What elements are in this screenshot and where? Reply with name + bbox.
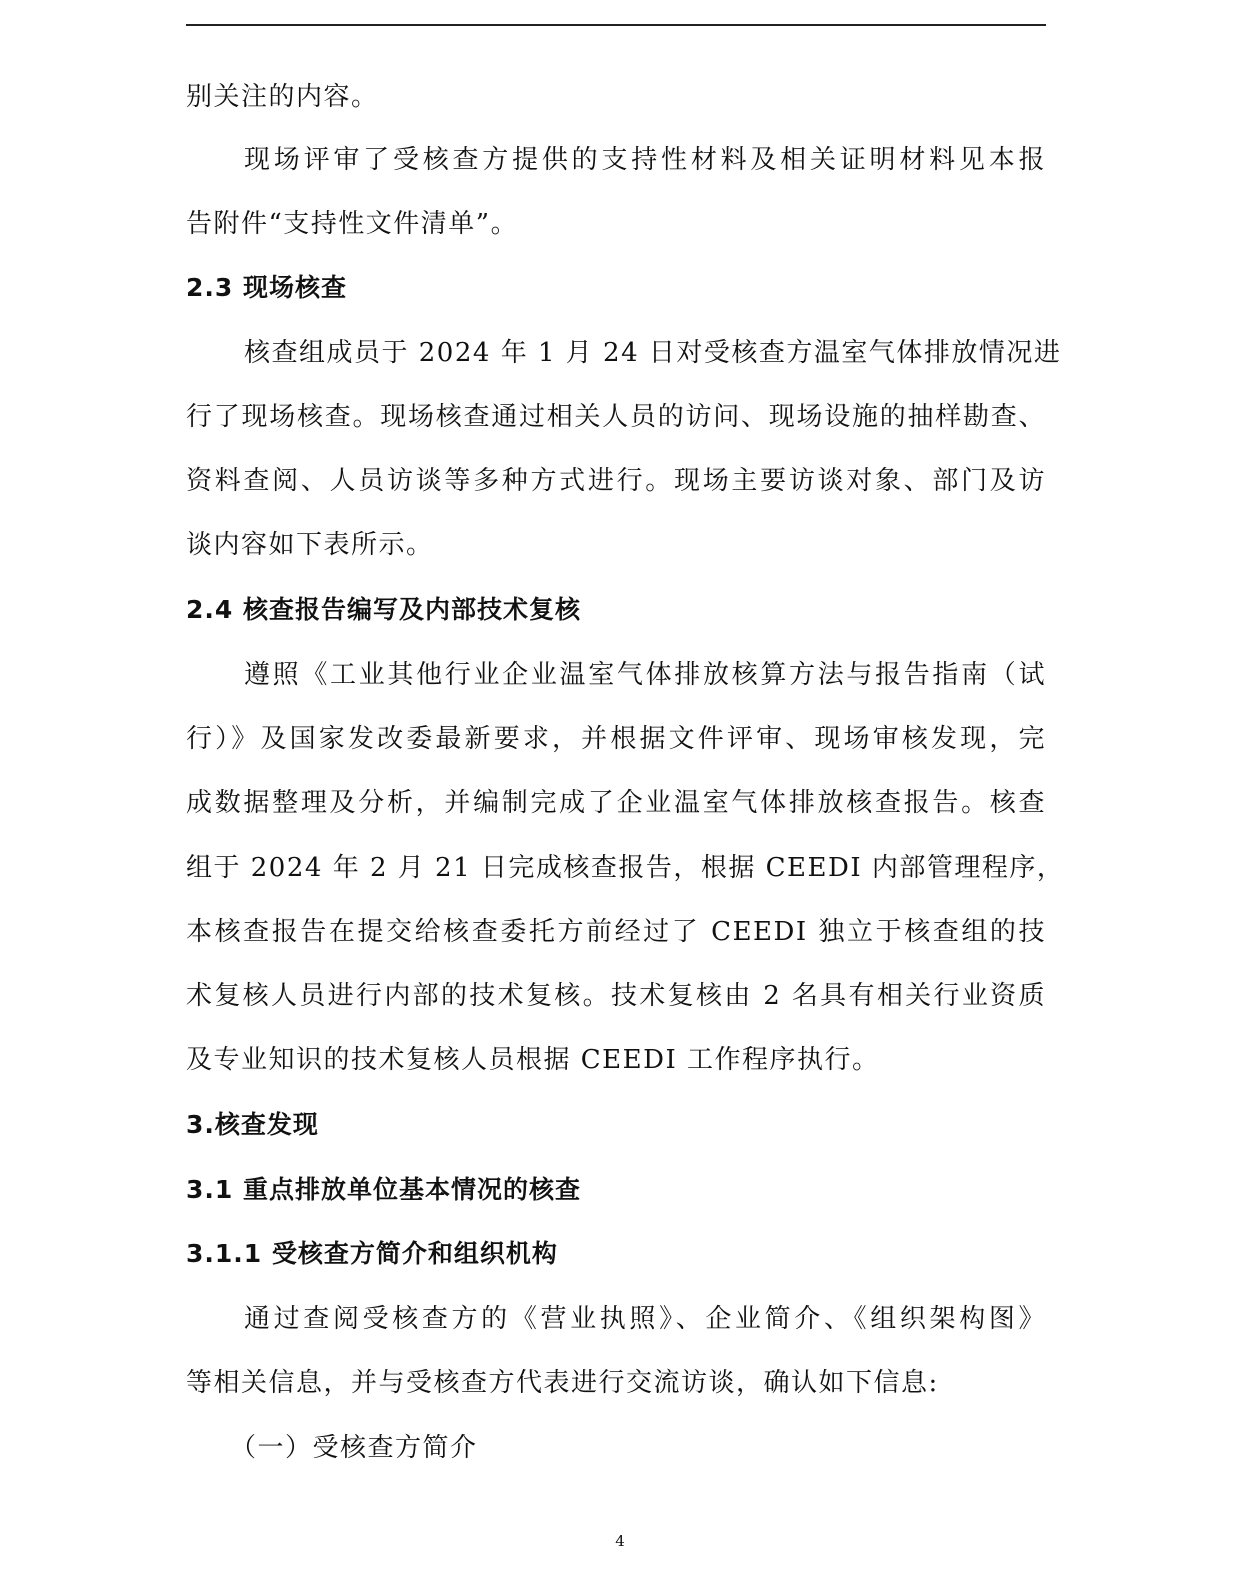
- paragraph-line: 及专业知识的技术复核人员根据 CEEDI 工作程序执行。: [186, 1043, 1046, 1077]
- section-heading-2-4: 2.4 核查报告编写及内部技术复核: [186, 593, 1046, 627]
- header-rule: [186, 24, 1046, 26]
- page-number: 4: [0, 1532, 1240, 1550]
- paragraph-line: 组于 2024 年 2 月 21 日完成核查报告，根据 CEEDI 内部管理程序…: [186, 851, 1046, 885]
- paragraph-line: 告附件“支持性文件清单”。: [186, 207, 1046, 241]
- paragraph-line: 通过查阅受核查方的《营业执照》、企业简介、《组织架构图》: [186, 1302, 1046, 1336]
- paragraph-line: 行了现场核查。现场核查通过相关人员的访问、现场设施的抽样勘查、: [186, 400, 1046, 434]
- paragraph-line: 本核查报告在提交给核查委托方前经过了 CEEDI 独立于核查组的技: [186, 915, 1046, 949]
- text-line: 别关注的内容。: [186, 80, 1046, 114]
- paragraph-line: 资料查阅、人员访谈等多种方式进行。现场主要访谈对象、部门及访: [186, 464, 1046, 498]
- paragraph-line: 成数据整理及分析，并编制完成了企业温室气体排放核查报告。核查: [186, 786, 1046, 820]
- paragraph-line: 行）》及国家发改委最新要求，并根据文件评审、现场审核发现，完: [186, 722, 1046, 756]
- section-heading-3: 3.核查发现: [186, 1108, 1046, 1142]
- paragraph-line: 等相关信息，并与受核查方代表进行交流访谈，确认如下信息:: [186, 1366, 1046, 1400]
- paragraph-line: 术复核人员进行内部的技术复核。技术复核由 2 名具有相关行业资质: [186, 979, 1046, 1013]
- paragraph-line: 遵照《工业其他行业企业温室气体排放核算方法与报告指南（试: [186, 658, 1046, 692]
- paragraph-line: 核查组成员于 2024 年 1 月 24 日对受核查方温室气体排放情况进: [186, 336, 1046, 370]
- section-heading-3-1: 3.1 重点排放单位基本情况的核查: [186, 1173, 1046, 1207]
- paragraph-line: 现场评审了受核查方提供的支持性材料及相关证明材料见本报: [186, 143, 1046, 177]
- subitem-heading: （一）受核查方简介: [186, 1431, 1046, 1465]
- paragraph-line: 谈内容如下表所示。: [186, 528, 1046, 562]
- section-heading-3-1-1: 3.1.1 受核查方简介和组织机构: [186, 1237, 1046, 1271]
- section-heading-2-3: 2.3 现场核查: [186, 271, 1046, 305]
